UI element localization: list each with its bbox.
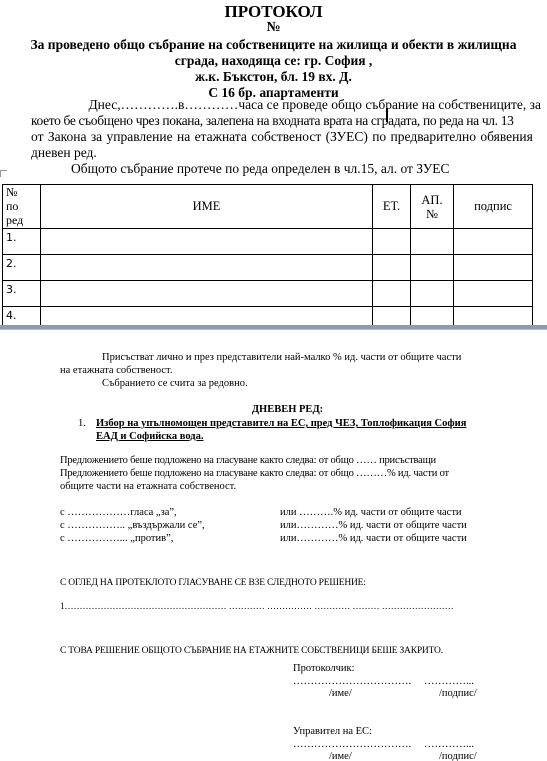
protocol-number: №: [0, 20, 547, 36]
name-label: /име/: [329, 750, 352, 761]
row-number: 2.: [3, 255, 41, 281]
intro-line: от Закона за управление на етажната собс…: [31, 129, 541, 145]
voting-paragraph: Предложението беше подложено на гласуван…: [60, 454, 520, 493]
floor-cell[interactable]: [373, 307, 411, 326]
table-row: 2.: [3, 255, 533, 281]
signature-cell[interactable]: [454, 255, 533, 281]
table-row: 4.: [3, 307, 533, 326]
text-cursor: [386, 108, 388, 122]
header-text: по: [6, 199, 37, 213]
vote-result-for: с ………………глаcа „за”, или ……….% ид. части …: [60, 506, 530, 519]
header-text: ред: [6, 213, 37, 227]
subtitle-line: ж.к. Бъкстон, бл. 19 вх. Д.: [20, 69, 527, 85]
apartment-cell[interactable]: [411, 255, 454, 281]
intro-line: Днес,………….в…………часа се проведе общо събр…: [31, 97, 541, 113]
name-cell[interactable]: [41, 229, 373, 255]
header-apartment: АП. №: [411, 185, 454, 229]
agenda-item-text: Избор на упълномощен представител на ЕС,…: [96, 417, 518, 430]
apartment-cell[interactable]: [411, 307, 454, 326]
vote-results: с ………………глаcа „за”, или ……….% ид. части …: [60, 506, 530, 545]
present-line: на етажната собственост.: [60, 364, 510, 377]
agenda-item-text: ЕАД и Софийска вода.: [96, 430, 203, 443]
header-number: № по ред: [3, 185, 41, 229]
row-number: 1.: [3, 229, 41, 255]
attendance-paragraph: Присъстват лично и през представители на…: [60, 351, 510, 390]
page-1-view: ПРОТОКОЛ № За проведено общо събрание на…: [0, 0, 547, 325]
signature-role: Протоколчик:: [293, 662, 513, 675]
header-name: ИМЕ: [41, 185, 373, 229]
floor-cell[interactable]: [373, 229, 411, 255]
floor-cell[interactable]: [373, 281, 411, 307]
vote-percent: или ……….% ид. части от общите части: [280, 506, 462, 519]
vote-line: общите части на етажната собственост.: [60, 480, 520, 493]
signature-cell[interactable]: [454, 281, 533, 307]
apartment-cell[interactable]: [411, 229, 454, 255]
vote-line: Предложението беше подложено на гласуван…: [60, 467, 520, 480]
attendance-table: № по ред ИМЕ ЕТ. АП. № подпис 1. 2.: [2, 184, 533, 325]
row-number: 4.: [3, 307, 41, 326]
signature-block-manager: Управител на ЕС: ……………………………. …………... /и…: [293, 725, 513, 761]
agenda-item: 1. Избор на упълномощен представител на …: [78, 417, 518, 443]
signature-role: Управител на ЕС:: [293, 725, 513, 738]
vote-count: с ……………... „против”,: [60, 532, 173, 545]
vote-line: Предложението беше подложено на гласуван…: [60, 454, 520, 467]
signature-block-secretary: Протоколчик: ……………………………. …………... /име/ …: [293, 662, 513, 700]
header-text: АП.: [414, 193, 450, 207]
agenda-title: ДНЕВЕН РЕД:: [0, 403, 547, 416]
vote-percent: или…………% ид. части от общите части: [280, 519, 467, 532]
floor-cell[interactable]: [373, 255, 411, 281]
header-floor: ЕТ.: [373, 185, 411, 229]
sign-label: /подпис/: [439, 750, 477, 761]
subtitle-line: сграда, находяща се: гр. София ,: [20, 53, 527, 69]
vote-count: с …………….. „въздържали се”,: [60, 519, 205, 532]
row-number: 3.: [3, 281, 41, 307]
name-cell[interactable]: [41, 281, 373, 307]
signature-cell[interactable]: [454, 229, 533, 255]
name-label: /име/: [329, 687, 352, 700]
decision-header: С ОГЛЕД НА ПРОТЕКЛОТО ГЛАСУВАНЕ СЕ ВЗЕ С…: [60, 577, 366, 590]
vote-percent: или…………% ид. части от общите части: [280, 532, 467, 545]
table-row: 1.: [3, 229, 533, 255]
vote-result-against: с ……………... „против”, или…………% ид. части …: [60, 532, 530, 545]
vote-count: с ………………глаcа „за”,: [60, 506, 177, 519]
header-text: №: [6, 185, 37, 199]
intro-paragraph[interactable]: Днес,………….в…………часа се проведе общо събр…: [31, 97, 541, 177]
document-title: ПРОТОКОЛ: [0, 2, 547, 22]
table-row: 3.: [3, 281, 533, 307]
apartment-cell[interactable]: [411, 281, 454, 307]
document-subtitle: За проведено общо събрание на собствениц…: [20, 37, 527, 101]
name-cell[interactable]: [41, 307, 373, 326]
table-move-handle[interactable]: [0, 170, 7, 177]
intro-line: което бе съобщено чрез покана, залепена …: [31, 113, 541, 129]
table-header-row: № по ред ИМЕ ЕТ. АП. № подпис: [3, 185, 533, 229]
agenda-item-number: 1.: [78, 417, 86, 430]
signature-cell[interactable]: [454, 307, 533, 326]
closing-line: С ТОВА РЕШЕНИЕ ОБЩОТО СЪБРАНИЕ НА ЕТАЖНИ…: [60, 645, 443, 658]
sign-label: /подпис/: [439, 687, 477, 700]
page-separator: [0, 325, 547, 330]
intro-line: дневен ред.: [31, 145, 541, 161]
decision-line: 1……………………………………………… ………… …………… ………… ……… …: [60, 600, 500, 613]
header-signature: подпис: [454, 185, 533, 229]
header-text: №: [414, 207, 450, 221]
present-line: Присъстват лично и през представители на…: [60, 351, 510, 364]
subtitle-line: За проведено общо събрание на собствениц…: [20, 37, 527, 53]
procedure-line: Общото събрание протече по реда определе…: [31, 161, 541, 177]
vote-result-abstain: с …………….. „въздържали се”, или…………% ид. …: [60, 519, 530, 532]
quorum-line: Събранието се счита за редовно.: [60, 377, 510, 390]
name-cell[interactable]: [41, 255, 373, 281]
